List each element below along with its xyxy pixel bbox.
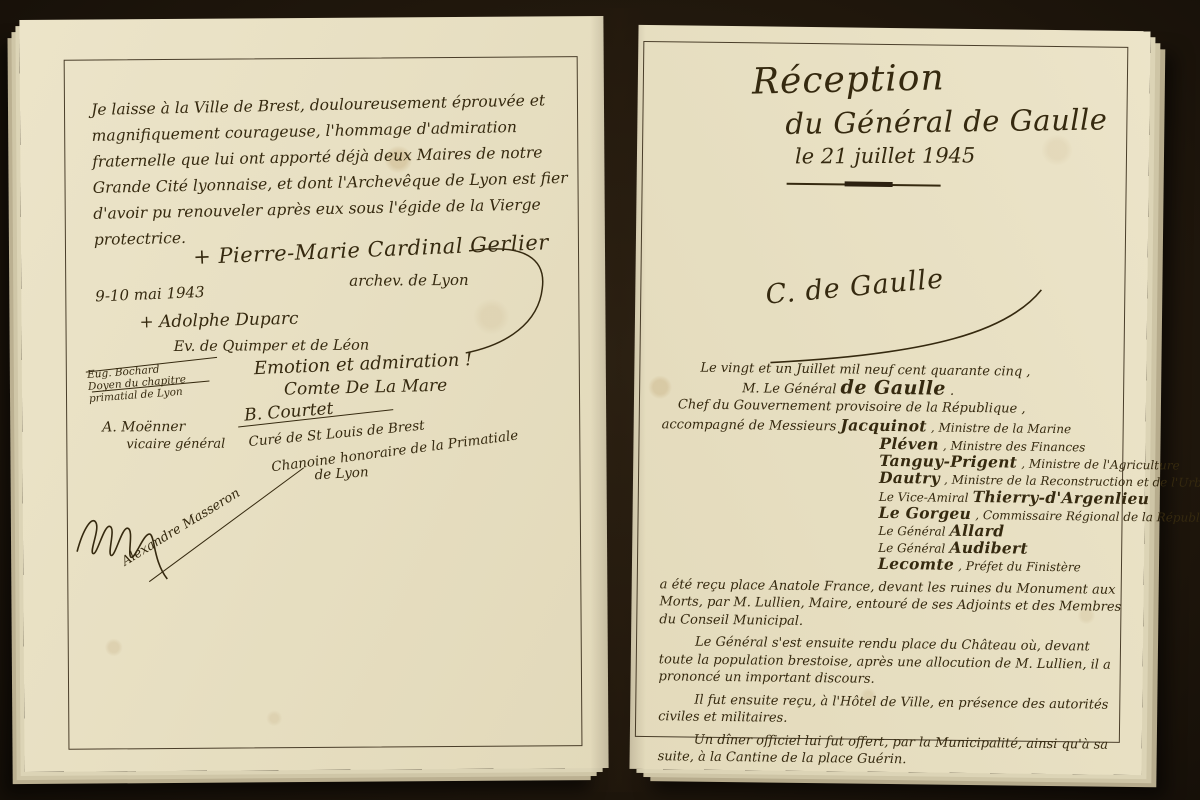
- degaulle-line-prefix: M. Le Général: [742, 381, 836, 397]
- minister-name: Jacquinot: [840, 415, 927, 435]
- minister-title: , Commissaire Régional de la République: [975, 508, 1200, 525]
- minister-name: Thierry-d'Argenlieu: [973, 487, 1150, 508]
- gerlier-dedication-text: Je laisse à la Ville de Brest, douloureu…: [91, 87, 574, 253]
- guestbook-photograph: Je laisse à la Ville de Brest, douloureu…: [0, 0, 1200, 800]
- ministers-roster: Pléven , Ministre des Finances Tanguy-Pr…: [878, 436, 1126, 577]
- page-title-line2: du Général de Gaulle: [785, 102, 1108, 140]
- minister-title: , Préfet du Finistère: [958, 559, 1081, 574]
- gerlier-signature-flourish: [449, 242, 560, 358]
- duparc-signature: + Adolphe Duparc: [139, 309, 298, 333]
- duparc-title: Ev. de Quimper et de Léon: [174, 338, 370, 355]
- delamare-signature: Comte De La Mare: [284, 376, 448, 400]
- right-page: Réception du Général de Gaulle le 21 jui…: [629, 25, 1150, 775]
- minister-prefix: Le Général: [878, 524, 945, 539]
- minister-name: Lecomte: [878, 554, 954, 574]
- degaulle-name: de Gaulle: [840, 376, 946, 399]
- left-page: Je laisse à la Ville de Brest, douloureu…: [19, 16, 608, 772]
- dinner-paragraph: Un dîner officiel lui fut offert, par la…: [658, 731, 1122, 772]
- minister-title: , Ministre de l'Agriculture: [1021, 457, 1179, 473]
- ceremony-account-text: Le vingt et un Juillet mil neuf cent qua…: [658, 359, 1127, 771]
- minister-name: Audibert: [949, 538, 1028, 558]
- courtet-title-line3: de Lyon: [314, 464, 369, 483]
- roster-row: Lecomte , Préfet du Finistère: [878, 556, 1124, 576]
- speech-paragraph: Le Général s'est ensuite rendu place du …: [658, 633, 1123, 691]
- illegible-signature-flourish: [69, 489, 200, 590]
- gerlier-title: archev. de Lyon: [349, 271, 469, 290]
- page-title-line1: Réception: [751, 57, 945, 102]
- minister-name: Le Gorgeu: [879, 503, 972, 523]
- hotel-de-ville-paragraph: Il fut ensuite reçu, à l'Hôtel de Ville,…: [658, 691, 1122, 732]
- accomp-prefix: accompagné de Messieurs: [662, 417, 837, 434]
- minister-title: , Ministre de la Marine: [931, 420, 1071, 436]
- minister-name: Dautry: [879, 468, 940, 488]
- title-underline-thick-segment: [845, 182, 893, 187]
- punctuation: .: [950, 383, 954, 398]
- moenner-signature: A. Moënner: [102, 419, 185, 436]
- page-title-date: le 21 juillet 1945: [795, 143, 976, 168]
- moenner-title: vicaire général: [126, 437, 225, 453]
- reception-paragraph: a été reçu place Anatole France, devant …: [659, 576, 1124, 634]
